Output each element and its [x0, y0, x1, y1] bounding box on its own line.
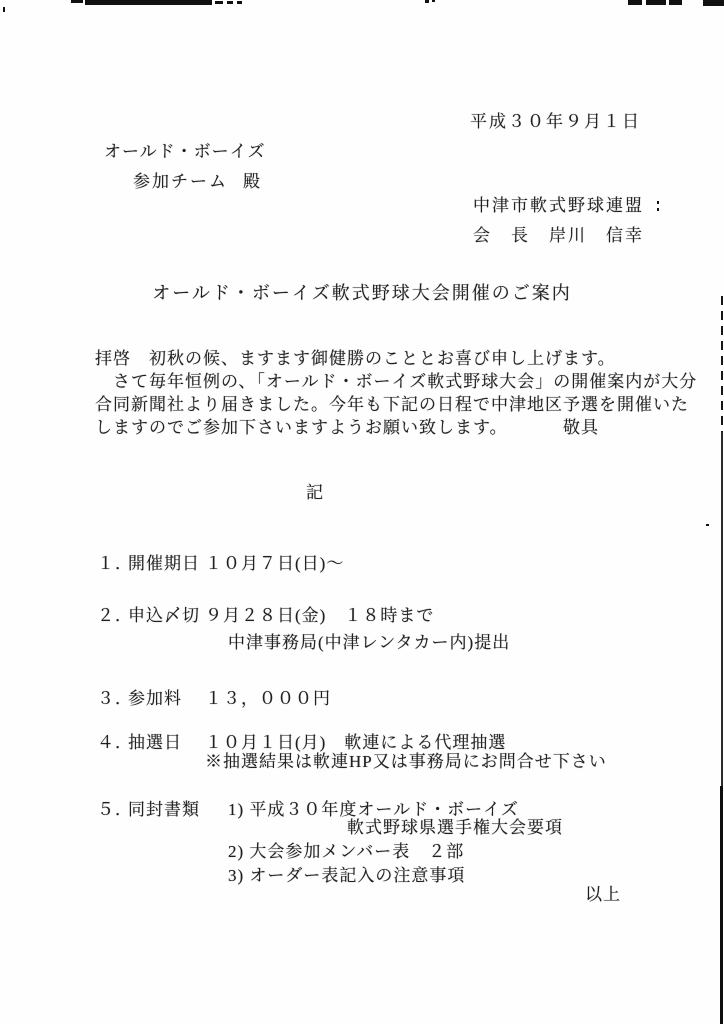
item-5-label: 同封書類 — [128, 795, 200, 820]
scan-artifact-top-dot-mid2 — [432, 0, 435, 2]
item-4-label: 抽選日 — [128, 728, 182, 753]
item-row-2: ２． 申込〆切 ９月２８日(金) １８時まで — [97, 601, 113, 623]
end-marker: 以上 — [585, 885, 621, 905]
item-row-3: ３． 参加料 １３，０００円 — [97, 684, 113, 706]
scan-artifact-top-dash-2 — [227, 1, 233, 4]
item-row-4: ４． 抽選日 １０月１日(月) 軟連による代理抽選 — [97, 728, 113, 750]
item-row-5: ５． 同封書類 1) 平成３０年度オールド・ボーイズ — [97, 795, 113, 817]
scan-artifact-right-dot — [706, 524, 709, 526]
scan-artifact-colon-mark-1 — [657, 201, 659, 204]
sender-org: 中津市軟式野球連盟 — [473, 196, 644, 216]
item-4-note: ※抽選結果は軟連HP又は事務局にお問合せ下さい — [205, 752, 607, 772]
item-1-label: 開催期日 — [128, 549, 200, 574]
letter-title: オールド・ボーイズ軟式野球大会開催のご案内 — [0, 283, 724, 305]
item-5-enclosure-3: 3) オーダー表記入の注意事項 — [228, 866, 465, 886]
scan-artifact-colon-mark-2 — [657, 208, 659, 211]
letter-date: 平成３０年９月１日 — [470, 112, 641, 132]
scan-artifact-top-dots — [71, 0, 83, 3]
scan-artifact-top-corner-bar — [703, 0, 724, 6]
scan-artifact-top-dash-1 — [215, 1, 223, 4]
closing-keigu: 敬具 — [563, 418, 599, 438]
item-3-label: 参加料 — [128, 684, 182, 709]
item-2-subline: 中津事務局(中津レンタカー内)提出 — [228, 633, 510, 653]
scan-artifact-top-dash-right-1 — [628, 0, 642, 5]
scan-artifact-top-bar — [85, 0, 212, 5]
addressee-name: オールド・ボーイズ — [104, 142, 266, 162]
item-2-label: 申込〆切 — [128, 601, 200, 626]
item-row-1: １． 開催期日 １０月７日(日)～ — [97, 549, 113, 571]
item-3-value: １３，０００円 — [205, 684, 331, 709]
scan-artifact-right-edge-thick — [720, 786, 723, 1024]
scan-artifact-right-edge-thin — [721, 432, 723, 786]
body-line-3: 合同新聞社より届きました。今年も下記の日程で中津地区予選を開催いた — [95, 395, 689, 415]
item-5-enclosure-2: 2) 大会参加メンバー表 ２部 — [228, 842, 464, 862]
item-2-value: ９月２８日(金) １８時まで — [205, 601, 434, 626]
body-line-4: しますのでご参加下さいますようお願い致します。 — [95, 418, 508, 438]
scan-artifact-top-dash-right-2 — [646, 0, 666, 5]
scan-artifact-top-dash-right-3 — [669, 0, 682, 5]
scan-artifact-top-left-tick — [3, 7, 5, 12]
body-line-2: さて毎年恒例の、「オールド・ボーイズ軟式野球大会」の開催案内が大分 — [95, 372, 697, 392]
scan-artifact-right-edge-dashed — [721, 296, 723, 436]
sender-name: 会 長 岸川 信幸 — [473, 226, 644, 246]
item-4-value: １０月１日(月) 軟連による代理抽選 — [205, 728, 506, 753]
scan-artifact-top-dot-mid — [425, 0, 429, 3]
record-marker: 記 — [306, 483, 324, 503]
addressee-team: 参加チーム — [133, 172, 228, 192]
item-1-value: １０月７日(日)～ — [205, 549, 344, 574]
body-line-1: 拝啓 初秋の候、ますます御健勝のこととお喜び申し上げます。 — [95, 349, 616, 369]
scanned-letter-page: 平成３０年９月１日 オールド・ボーイズ 参加チーム 殿 中津市軟式野球連盟 会 … — [0, 0, 724, 1024]
item-5-value: 1) 平成３０年度オールド・ボーイズ — [228, 795, 519, 820]
scan-artifact-top-dash-3 — [237, 1, 242, 4]
addressee-honorific: 殿 — [243, 172, 261, 192]
item-5-enclosure-1-continued: 軟式野球県選手権大会要項 — [347, 818, 563, 838]
